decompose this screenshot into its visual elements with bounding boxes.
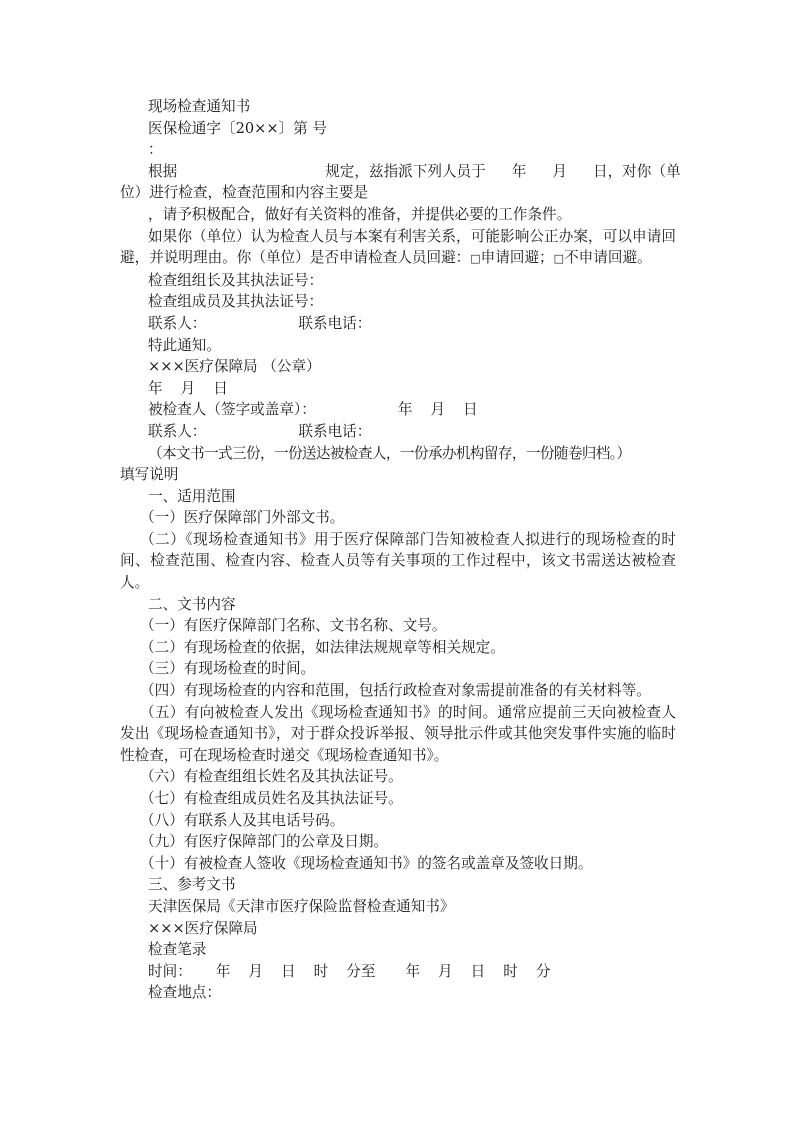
phone-label: 联系电话： <box>298 315 371 332</box>
checkbox-icon[interactable]: □ <box>554 252 564 265</box>
section-3-item: 天津医保局《天津市医疗保险监督检查通知书》 <box>120 896 676 918</box>
addressee-line: ： <box>120 139 676 161</box>
time-unit: 年 <box>216 963 231 980</box>
inspectee-year: 年 <box>398 401 413 418</box>
record-location-label: 检查地点： <box>120 982 676 1004</box>
phone2-label: 联系电话： <box>298 423 371 440</box>
time-unit: 日 <box>281 963 296 980</box>
instructions-heading: 填写说明 <box>120 464 676 486</box>
notice-title: 现场检查通知书 <box>120 96 676 118</box>
basis-day: 日，对你（单 <box>593 163 681 180</box>
section-1-item: （一）医疗保障部门外部文书。 <box>120 507 676 529</box>
leader-label: 检查组组长及其执法证号： <box>120 270 676 292</box>
basis-middle: 规定，兹指派下列人员于 <box>325 163 486 180</box>
closing-line: 特此通知。 <box>120 335 676 357</box>
section-2-item: （五）有向被检查人发出《现场检查通知书》的时间。通常应提前三天向被检查人发出《现… <box>120 702 676 767</box>
section-2-title: 二、文书内容 <box>120 594 676 616</box>
contact2-label: 联系人： <box>148 423 206 440</box>
record-time-line: 时间：年月日时分至年月日时分 <box>120 961 676 983</box>
basis-start: 根据 <box>148 163 177 180</box>
inspectee-month: 月 <box>430 401 445 418</box>
record-org: ×××医疗保障局 <box>120 918 676 940</box>
section-2-item: （三）有现场检查的时间。 <box>120 658 676 680</box>
time-unit: 时 <box>314 963 329 980</box>
section-2-item: （九）有医疗保障部门的公章及日期。 <box>120 831 676 853</box>
section-2-item: （八）有联系人及其电话号码。 <box>120 810 676 832</box>
time-unit: 日 <box>471 963 486 980</box>
recusal-option-apply: 申请回避； <box>481 249 554 266</box>
section-2-item: （十）有被检查人签收《现场检查通知书》的签名或盖章及签收日期。 <box>120 853 676 875</box>
basis-month: 月 <box>552 163 567 180</box>
section-2-item: （六）有检查组组长姓名及其执法证号。 <box>120 766 676 788</box>
recusal-option-not-apply: 不申请回避。 <box>564 249 652 266</box>
seal-line: ×××医疗保障局 （公章） <box>120 356 676 378</box>
recusal-paragraph: 如果你（单位）认为检查人员与本案有利害关系，可能影响公正办案，可以申请回避，并说… <box>120 226 676 270</box>
inspectee-day: 日 <box>463 401 478 418</box>
record-title: 检查笔录 <box>120 939 676 961</box>
section-1-item: （二）《现场检查通知书》用于医疗保障部门告知被检查人拟进行的现场检查的时间、检查… <box>120 529 676 594</box>
doc-number: 医保检通字〔20××〕第 号 <box>120 118 676 140</box>
contact-label: 联系人： <box>148 315 206 332</box>
members-label: 检查组成员及其执法证号： <box>120 291 676 313</box>
inspectee-sign-line: 被检查人（签字或盖章）：年月日 <box>120 399 676 421</box>
section-2-item: （四）有现场检查的内容和范围，包括行政检查对象需提前准备的有关材料等。 <box>120 680 676 702</box>
section-2-item: （七）有检查组成员姓名及其执法证号。 <box>120 788 676 810</box>
section-1-title: 一、适用范围 <box>120 486 676 508</box>
basis-year: 年 <box>512 163 527 180</box>
copies-note: （本文书一式三份，一份送达被检查人，一份承办机构留存，一份随卷归档。） <box>120 443 676 465</box>
date-year: 年 <box>148 380 163 397</box>
time-unit: 时 <box>503 963 518 980</box>
date-line: 年月日 <box>120 378 676 400</box>
contact-line: 联系人：联系电话： <box>120 313 676 335</box>
section-3-title: 三、参考文书 <box>120 874 676 896</box>
cooperate-line: ，请予积极配合，做好有关资料的准备，并提供必要的工作条件。 <box>120 204 676 226</box>
inspectee-sign-label: 被检查人（签字或盖章）： <box>148 401 316 418</box>
contact2-line: 联系人：联系电话： <box>120 421 676 443</box>
date-month: 月 <box>181 380 196 397</box>
document-page: 现场检查通知书 医保检通字〔20××〕第 号 ： 根据规定，兹指派下列人员于年月… <box>120 96 676 1004</box>
section-2-item: （二）有现场检查的依据，如法律法规规章等相关规定。 <box>120 637 676 659</box>
time-unit: 年 <box>405 963 420 980</box>
time-unit: 月 <box>248 963 263 980</box>
date-day: 日 <box>213 380 228 397</box>
basis-continued: 位）进行检查，检查范围和内容主要是 <box>120 182 676 204</box>
time-unit: 分至 <box>346 963 375 980</box>
section-2-item: （一）有医疗保障部门名称、文书名称、文号。 <box>120 615 676 637</box>
time-unit: 月 <box>438 963 453 980</box>
basis-line: 根据规定，兹指派下列人员于年月日，对你（单 <box>120 161 676 183</box>
time-label: 时间： <box>148 963 192 980</box>
time-unit: 分 <box>536 963 551 980</box>
checkbox-icon[interactable]: □ <box>470 252 480 265</box>
